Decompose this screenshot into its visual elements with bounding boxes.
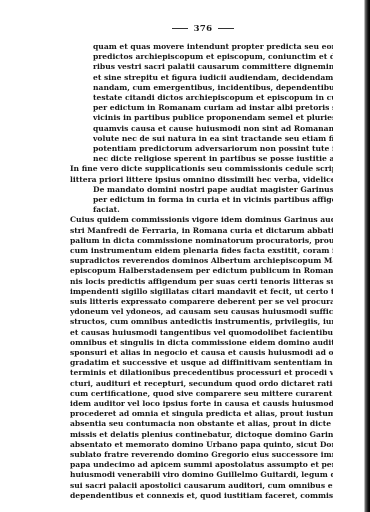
text-line: littera priori littere ipsius omnino dis… (70, 175, 333, 185)
page-edge-binding (365, 0, 370, 512)
text-line: cum certificatione, quod sive comparere … (70, 389, 333, 399)
text-line: sublato fratre reverendo domino Gregorio… (70, 450, 333, 460)
text-line: faciat. (93, 205, 333, 215)
text-line: sui sacri palacii apostolici causarum au… (70, 481, 333, 491)
text-line: testate citandi dictos archiepiscopum et… (93, 93, 333, 103)
text-line: quam et quas movere intendunt propter pr… (93, 42, 333, 52)
text-line: huiusmodi venerabili viro domino Guillel… (70, 470, 333, 480)
page-number: 376 (0, 24, 370, 34)
text-line: impendenti sigillo sigillatas citari man… (70, 287, 333, 297)
text-line: nec dicte religiose sperent in partibus … (93, 154, 333, 164)
text-line: absentia seu contumacia non obstante et … (70, 419, 333, 429)
text-line: vicinis in partibus publice proponendam … (93, 113, 333, 123)
text-line: supradictos reverendos dominos Albertum … (70, 256, 333, 266)
text-line: predictos archiepiscopum et episcopum, c… (93, 52, 333, 62)
text-line: palium in dicta commissione nominatorum … (70, 236, 333, 246)
text-line: sponsuri et alias in negocio et causa et… (70, 348, 333, 358)
text-line: missis et delatis plenius continebatur, … (70, 430, 333, 440)
text-line: nandam, cum emergentibus, incidentibus, … (93, 83, 333, 93)
page-number-text: 376 (194, 24, 213, 34)
text-line: gradatim et successive et usque ad diffi… (70, 358, 333, 368)
text-line: per edictum in Romanam curiam ad instar … (93, 103, 333, 113)
text-line: papa undecimo ad apicem summi apostolatu… (70, 460, 333, 470)
dash-right (218, 28, 234, 29)
dash-left (172, 28, 188, 29)
text-line: absentato et memorato domino Urbano papa… (70, 440, 333, 450)
text-line: procederet ad omnia et singula predicta … (70, 409, 333, 419)
text-line: cum instrumentum eidem plenaria fides fa… (70, 246, 333, 256)
text-line: quamvis causa et cause huiusmodi non sin… (93, 124, 333, 134)
text-line: De mandato domini nostri pape audiat mag… (93, 185, 333, 195)
text-line: nis locis predictis affigendum per suas … (70, 277, 333, 287)
text-line: stri Manfredi de Ferraria, in Romana cur… (70, 226, 333, 236)
text-line: dependentibus et connexis et, quod iusti… (70, 491, 333, 501)
text-line: volute nec de sui natura in ea sint trac… (93, 134, 333, 144)
text-line: omnibus et singulis in dicta commissione… (70, 338, 333, 348)
text-line: In fine vero dicte supplicationis seu co… (70, 164, 333, 174)
text-line: ydoneum vel ydoneos, ad causam seu causa… (70, 307, 333, 317)
text-line: episcopum Halberstadensem per edictum pu… (70, 266, 333, 276)
text-line: et sine strepitu et figura iudicii audie… (93, 73, 333, 83)
text-line: ribus vestri sacri palatii causarum comm… (93, 62, 333, 72)
text-line: idem auditor vel loco ipsius forte in ca… (70, 399, 333, 409)
text-line: per edictum in forma in curia et in vici… (93, 195, 333, 205)
text-line: et causas huiusmodi tangentibus vel quom… (70, 328, 333, 338)
text-line: potentiam predictorum adversariorum non … (93, 144, 333, 154)
text-line: structos, cum omnibus antedictis instrum… (70, 317, 333, 327)
text-line: terminis et dilationibus precedentibus p… (70, 368, 333, 378)
text-line: cturi, audituri et recepturi, secundum q… (70, 379, 333, 389)
text-line: Cuius quidem commissionis vigore idem do… (70, 215, 333, 225)
text-line: suis litteris expressato comparere deber… (70, 297, 333, 307)
